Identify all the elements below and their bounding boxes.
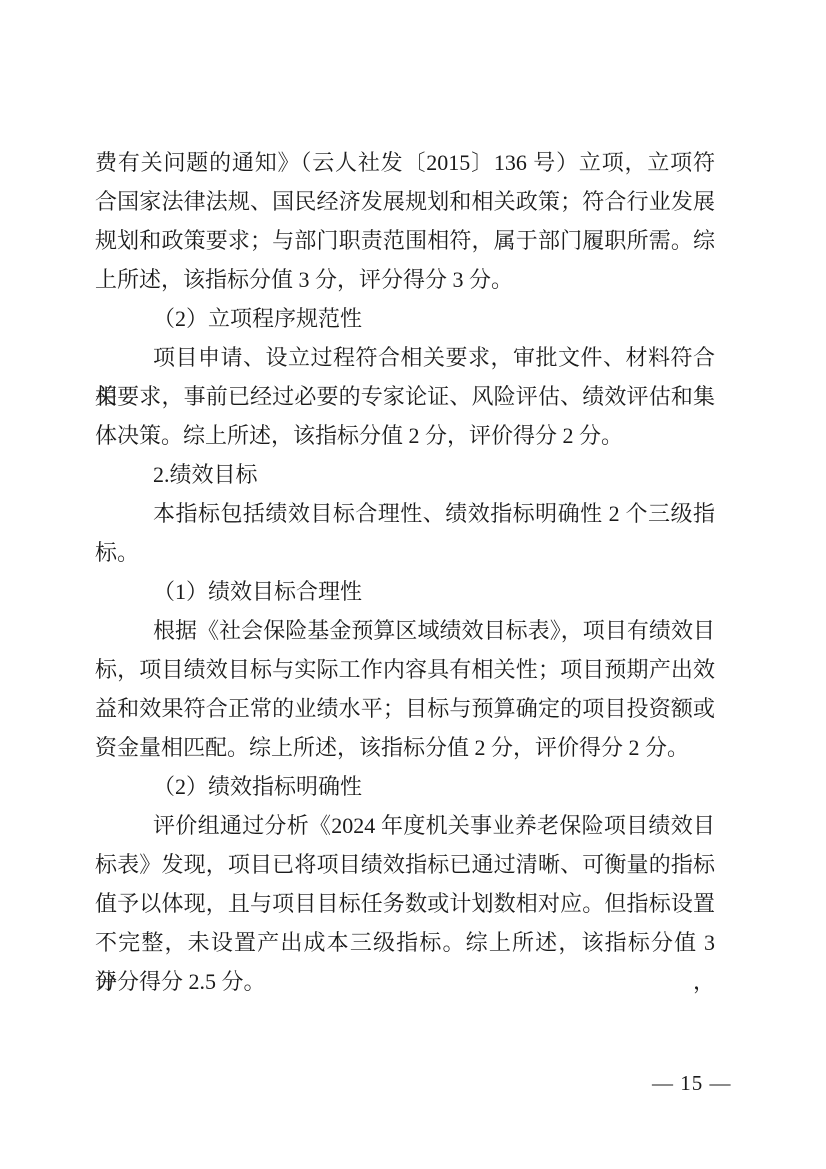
text-line: 体决策。综上所述，该指标分值 2 分，评价得分 2 分。 xyxy=(95,416,715,455)
text-line: 不完整，未设置产出成本三级指标。综上所述，该指标分值 3 分， xyxy=(95,923,715,962)
text-line: 费有关问题的通知》（云人社发〔2015〕136 号）立项，立项符 xyxy=(95,143,715,182)
text-line: 值予以体现，且与项目目标任务数或计划数相对应。但指标设置 xyxy=(95,884,715,923)
para-project-approval-compliance: 费有关问题的通知》（云人社发〔2015〕136 号）立项，立项符合国家法律法规、… xyxy=(95,143,715,299)
para-performance-target-intro: 本指标包括绩效目标合理性、绩效指标明确性 2 个三级指标。 xyxy=(95,494,715,572)
text-line: 评价组通过分析《2024 年度机关事业养老保险项目绩效目 xyxy=(95,806,715,845)
text-line: 根据《社会保险基金预算区域绩效目标表》，项目有绩效目 xyxy=(95,611,715,650)
para-project-procedure: 项目申请、设立过程符合相关要求，审批文件、材料符合相关要求，事前已经过必要的专家… xyxy=(95,338,715,455)
text-line: 规划和政策要求；与部门职责范围相符，属于部门履职所需。综 xyxy=(95,221,715,260)
heading-indicator-clarity: （2）绩效指标明确性 xyxy=(95,767,715,806)
text-line: 上所述，该指标分值 3 分，评分得分 3 分。 xyxy=(95,260,715,299)
para-target-reasonableness: 根据《社会保险基金预算区域绩效目标表》，项目有绩效目标，项目绩效目标与实际工作内… xyxy=(95,611,715,767)
document-body: 费有关问题的通知》（云人社发〔2015〕136 号）立项，立项符合国家法律法规、… xyxy=(95,143,715,1001)
text-line: 标表》发现，项目已将项目绩效指标已通过清晰、可衡量的指标 xyxy=(95,845,715,884)
heading-performance-target: 2.绩效目标 xyxy=(95,455,715,494)
heading-target-reasonableness: （1）绩效目标合理性 xyxy=(95,572,715,611)
text-line: （1）绩效目标合理性 xyxy=(95,572,715,611)
text-line: 益和效果符合正常的业绩水平；目标与预算确定的项目投资额或 xyxy=(95,689,715,728)
text-line: （2）立项程序规范性 xyxy=(95,299,715,338)
text-line: 项目申请、设立过程符合相关要求，审批文件、材料符合相 xyxy=(95,338,715,377)
text-line: （2）绩效指标明确性 xyxy=(95,767,715,806)
document-page: 费有关问题的通知》（云人社发〔2015〕136 号）立项，立项符合国家法律法规、… xyxy=(0,0,826,1169)
text-line: 本指标包括绩效目标合理性、绩效指标明确性 2 个三级指 xyxy=(95,494,715,533)
text-line: 标。 xyxy=(95,533,715,572)
text-line: 资金量相匹配。综上所述，该指标分值 2 分，评价得分 2 分。 xyxy=(95,728,715,767)
page-number: — 15 — xyxy=(652,1071,732,1095)
text-line: 2.绩效目标 xyxy=(95,455,715,494)
heading-project-procedure: （2）立项程序规范性 xyxy=(95,299,715,338)
text-line: 合国家法律法规、国民经济发展规划和相关政策；符合行业发展 xyxy=(95,182,715,221)
text-line: 关要求，事前已经过必要的专家论证、风险评估、绩效评估和集 xyxy=(95,377,715,416)
para-indicator-clarity: 评价组通过分析《2024 年度机关事业养老保险项目绩效目标表》发现，项目已将项目… xyxy=(95,806,715,1001)
text-line: 标，项目绩效目标与实际工作内容具有相关性；项目预期产出效 xyxy=(95,650,715,689)
